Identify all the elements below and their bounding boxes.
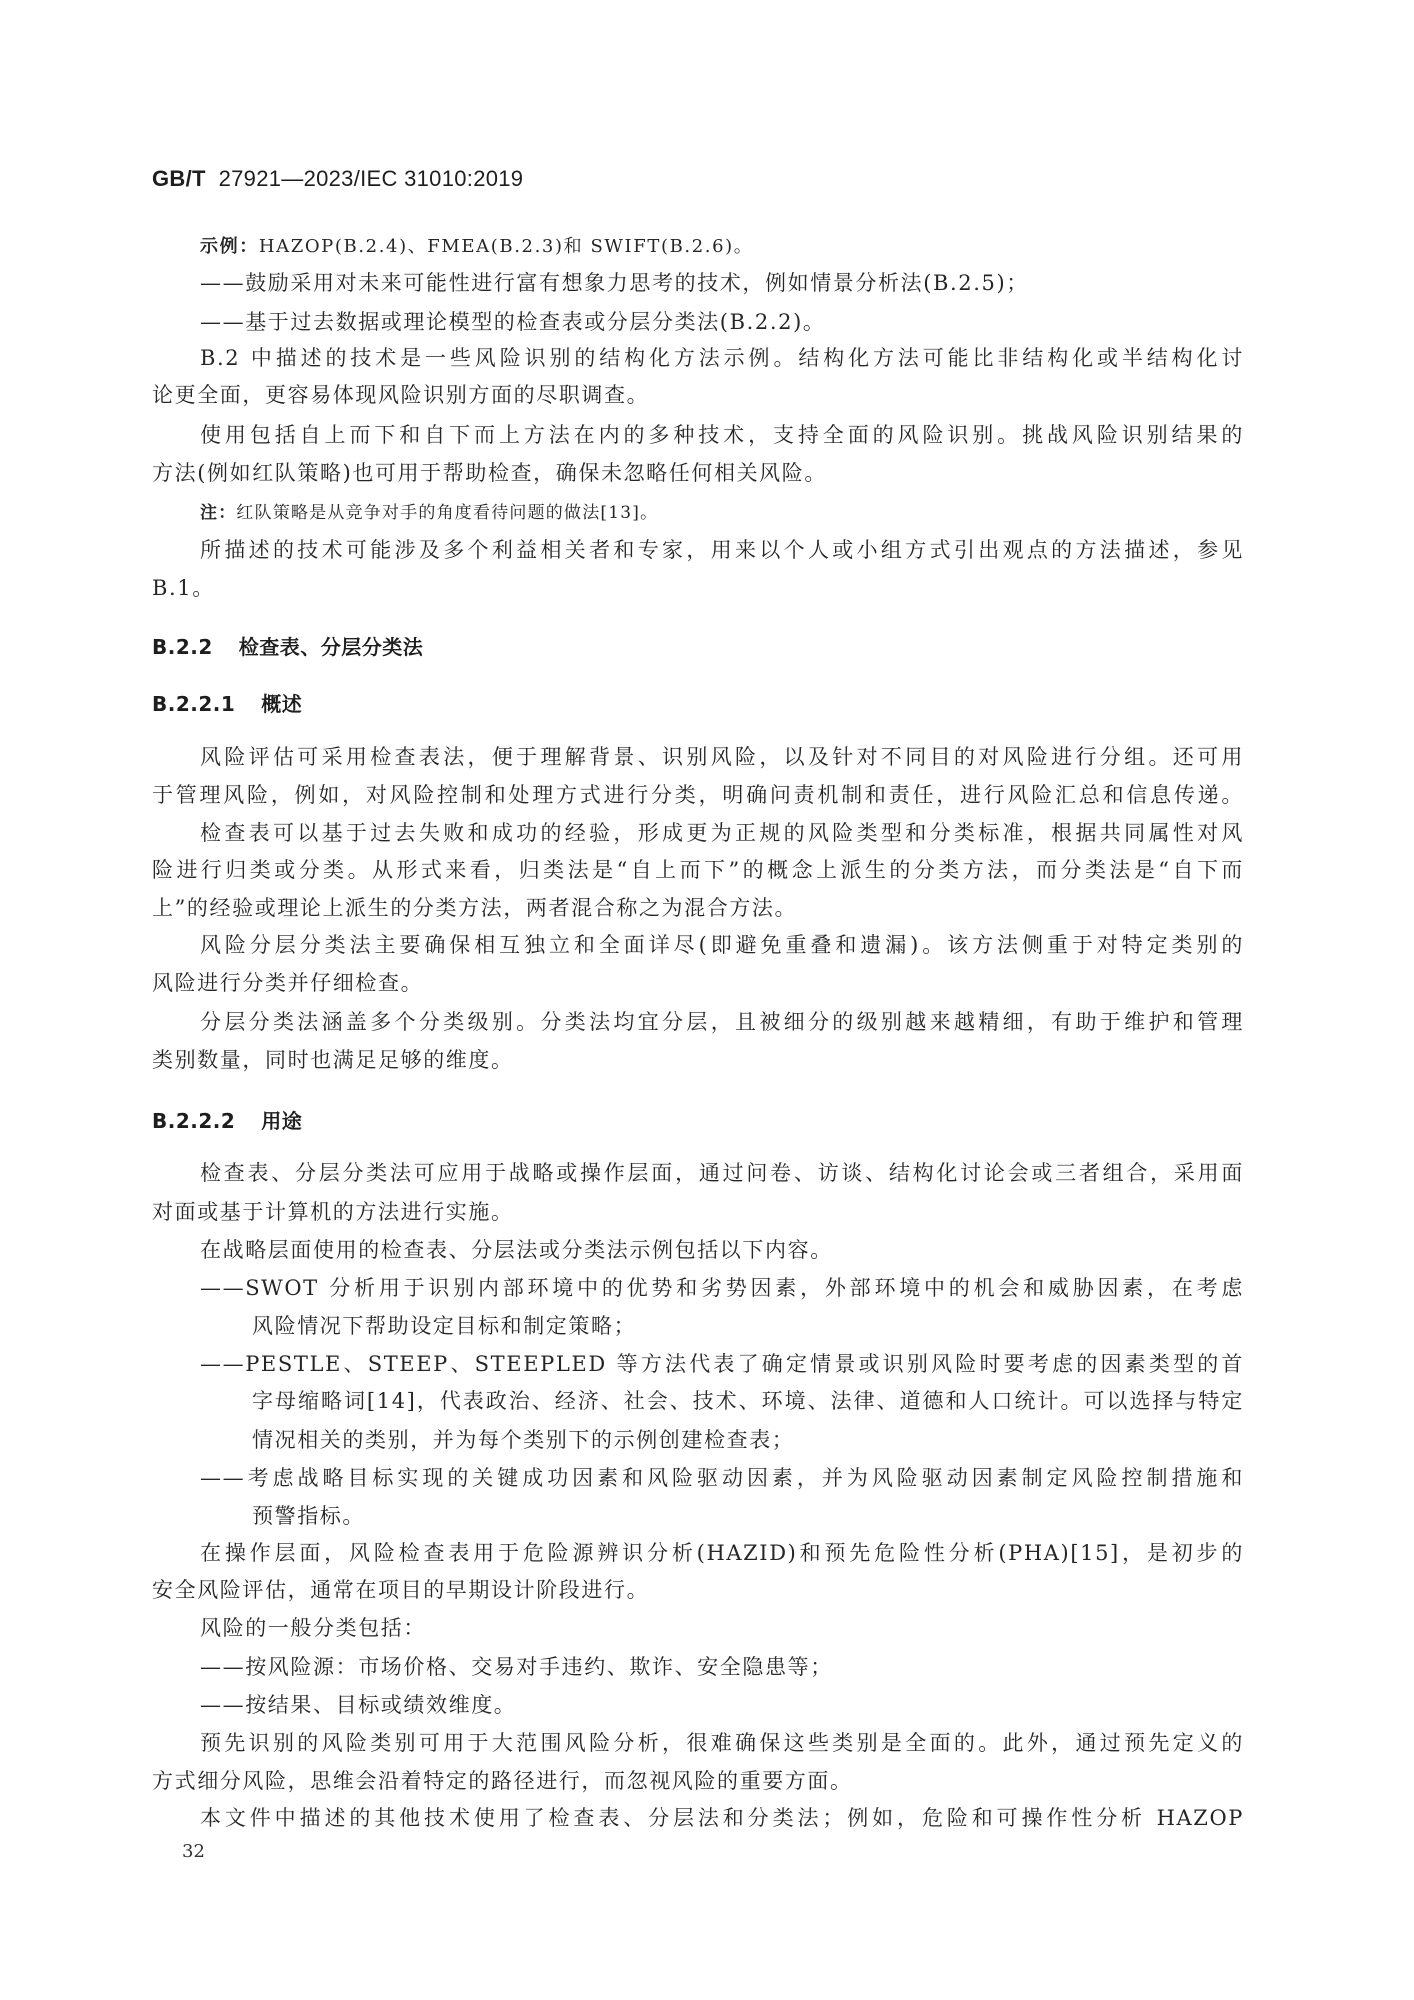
example-line: 示例：HAZOP(B.2.4)、FMEA(B.2.3)和 SWIFT(B.2.6…	[200, 234, 753, 260]
standard-header: GB/T 27921—2023/IEC 31010:2019	[152, 166, 523, 192]
paragraph-line: 方法(例如红队策略)也可用于帮助检查，确保未忽略任何相关风险。	[152, 460, 827, 486]
paragraph-line: 所描述的技术可能涉及多个利益相关者和专家，用来以个人或小组方式引出观点的方法描述…	[200, 537, 1244, 563]
section-heading-b22: B.2.2检查表、分层分类法	[152, 631, 423, 660]
paragraph-line: 上”的经验或理论上派生的分类方法，两者混合称之为混合方法。	[152, 895, 797, 921]
paragraph-line: 检查表可以基于过去失败和成功的经验，形成更为正规的风险类型和分类标准，根据共同属…	[200, 820, 1244, 846]
list-item-line: ——按结果、目标或绩效维度。	[200, 1692, 516, 1718]
section-number: B.2.2.1	[152, 692, 235, 716]
example-label: 示例：	[200, 236, 259, 257]
list-item-line: ——考虑战略目标实现的关键成功因素和风险驱动因素，并为风险驱动因素制定风险控制措…	[200, 1465, 1244, 1491]
intro-bullet: ——鼓励采用对未来可能性进行富有想象力思考的技术，例如情景分析法(B.2.5)；	[200, 270, 1029, 296]
page-number: 32	[182, 1841, 205, 1862]
paragraph-line: 论更全面，更容易体现风险识别方面的尽职调查。	[152, 382, 649, 408]
paragraph-line: 在战略层面使用的检查表、分层法或分类法示例包括以下内容。	[200, 1237, 833, 1263]
section-title: 用途	[261, 1109, 302, 1133]
paragraph-line: 对面或基于计算机的方法进行实施。	[152, 1199, 514, 1225]
paragraph-line: 风险评估可采用检查表法，便于理解背景、识别风险，以及针对不同目的对风险进行分组。…	[200, 744, 1244, 770]
section-number: B.2.2.2	[152, 1109, 235, 1133]
paragraph-line: 检查表、分层分类法可应用于战略或操作层面，通过问卷、访谈、结构化讨论会或三者组合…	[200, 1160, 1244, 1186]
intro-bullet: ——基于过去数据或理论模型的检查表或分层分类法(B.2.2)。	[200, 309, 826, 335]
paragraph-line: 安全风险评估，通常在项目的早期设计阶段进行。	[152, 1577, 649, 1603]
standard-code: GB/T	[152, 166, 206, 191]
paragraph-line: 预先识别的风险类别可用于大范围风险分析，很难确保这些类别是全面的。此外，通过预先…	[200, 1730, 1244, 1756]
example-text: HAZOP(B.2.4)、FMEA(B.2.3)和 SWIFT(B.2.6)。	[259, 236, 754, 257]
paragraph-line: 类别数量，同时也满足足够的维度。	[152, 1047, 514, 1073]
list-item-line: 字母缩略词[14]，代表政治、经济、社会、技术、环境、法律、道德和人口统计。可以…	[252, 1388, 1244, 1414]
paragraph-line: 使用包括自上而下和自下而上方法在内的多种技术，支持全面的风险识别。挑战风险识别结…	[200, 422, 1244, 448]
list-item-line: ——按风险源：市场价格、交易对手违约、欺诈、安全隐患等；	[200, 1654, 833, 1680]
section-title: 概述	[261, 692, 302, 716]
note-label: 注：	[200, 503, 236, 523]
paragraph-line: 风险分层分类法主要确保相互独立和全面详尽(即避免重叠和遗漏)。该方法侧重于对特定…	[200, 932, 1244, 958]
standard-number: 27921—2023/IEC 31010:2019	[219, 166, 524, 191]
section-number: B.2.2	[152, 635, 213, 659]
note-line: 注：红队策略是从竞争对手的角度看待问题的做法[13]。	[200, 500, 658, 526]
list-item-line: 情况相关的类别，并为每个类别下的示例创建检查表；	[252, 1427, 794, 1453]
paragraph-line: 险进行归类或分类。从形式来看，归类法是“自上而下”的概念上派生的分类方法，而分类…	[152, 857, 1244, 883]
list-item-line: ——SWOT 分析用于识别内部环境中的优势和劣势因素，外部环境中的机会和威胁因素…	[200, 1275, 1244, 1301]
list-item-line: 预警指标。	[252, 1503, 365, 1529]
paragraph-line: 在操作层面，风险检查表用于危险源辨识分析(HAZID)和预先危险性分析(PHA)…	[200, 1540, 1244, 1566]
paragraph-line: 分层分类法涵盖多个分类级别。分类法均宜分层，且被细分的级别越来越精细，有助于维护…	[200, 1009, 1244, 1035]
section-heading-b221: B.2.2.1概述	[152, 688, 302, 717]
document-page: GB/T 27921—2023/IEC 31010:2019 示例：HAZOP(…	[0, 0, 1414, 2000]
list-item-line: 风险情况下帮助设定目标和制定策略；	[252, 1313, 636, 1339]
paragraph-line: 于管理风险，例如，对风险控制和处理方式进行分类，明确问责机制和责任，进行风险汇总…	[152, 782, 1244, 808]
paragraph-line: 本文件中描述的其他技术使用了检查表、分层法和分类法；例如，危险和可操作性分析 H…	[200, 1805, 1244, 1831]
section-heading-b222: B.2.2.2用途	[152, 1105, 302, 1134]
paragraph-line: B.2 中描述的技术是一些风险识别的结构化方法示例。结构化方法可能比非结构化或半…	[200, 345, 1244, 371]
list-item-line: ——PESTLE、STEEP、STEEPLED 等方法代表了确定情景或识别风险时…	[200, 1351, 1244, 1377]
paragraph-line: 风险进行分类并仔细检查。	[152, 970, 423, 996]
paragraph-line: 风险的一般分类包括：	[200, 1615, 426, 1641]
paragraph-line: B.1。	[152, 575, 215, 601]
section-title: 检查表、分层分类法	[239, 635, 424, 659]
note-text: 红队策略是从竞争对手的角度看待问题的做法[13]。	[236, 503, 658, 523]
paragraph-line: 方式细分风险，思维会沿着特定的路径进行，而忽视风险的重要方面。	[152, 1768, 853, 1794]
